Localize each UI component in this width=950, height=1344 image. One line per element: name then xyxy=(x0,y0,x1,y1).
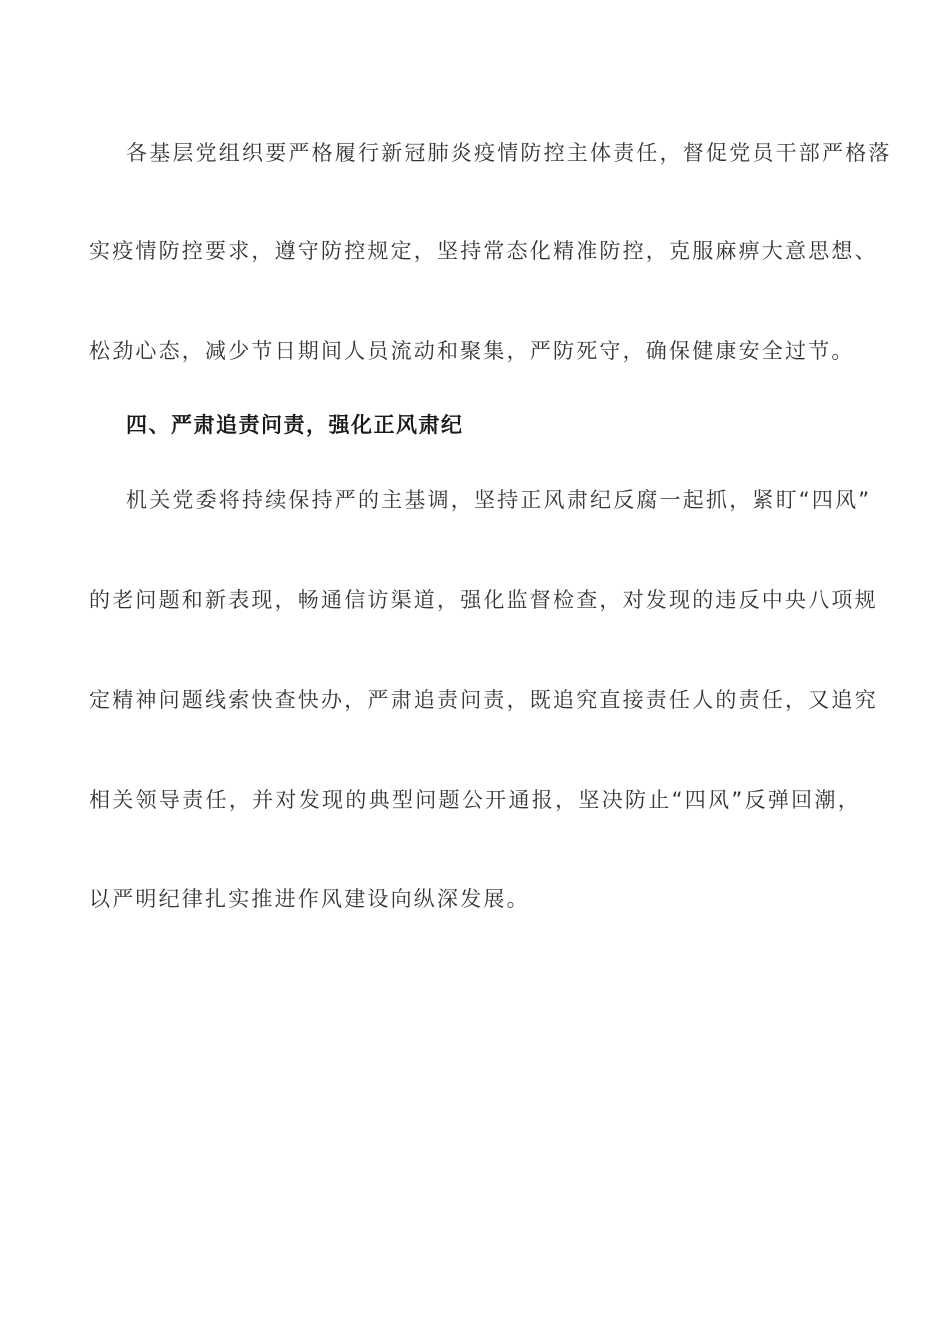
section-heading: 四、严肃追责问责，强化正风肃纪 xyxy=(126,410,464,440)
paragraph-1-line-1: 各基层党组织要严格履行新冠肺炎疫情防控主体责任，督促党员干部严格落 xyxy=(126,138,861,168)
paragraph-2-line-2: 的老问题和新表现，畅通信访渠道，强化监督检查，对发现的违反中央八项规 xyxy=(89,585,861,615)
paragraph-2-line-3: 定精神问题线索快查快办，严肃追责问责，既追究直接责任人的责任，又追究 xyxy=(89,685,861,715)
paragraph-1-line-2: 实疫情防控要求，遵守防控规定，坚持常态化精准防控，克服麻痹大意思想、 xyxy=(89,236,861,266)
paragraph-2-line-4: 相关领导责任，并对发现的典型问题公开通报，坚决防止“四风”反弹回潮， xyxy=(89,785,861,815)
paragraph-2-line-1: 机关党委将持续保持严的主基调，坚持正风肃纪反腐一起抓，紧盯“四风” xyxy=(126,485,861,515)
paragraph-1-line-3: 松劲心态，减少节日期间人员流动和聚集，严防死守，确保健康安全过节。 xyxy=(89,336,861,366)
paragraph-2-line-5: 以严明纪律扎实推进作风建设向纵深发展。 xyxy=(89,884,861,914)
document-page: 各基层党组织要严格履行新冠肺炎疫情防控主体责任，督促党员干部严格落 实疫情防控要… xyxy=(0,0,950,1344)
